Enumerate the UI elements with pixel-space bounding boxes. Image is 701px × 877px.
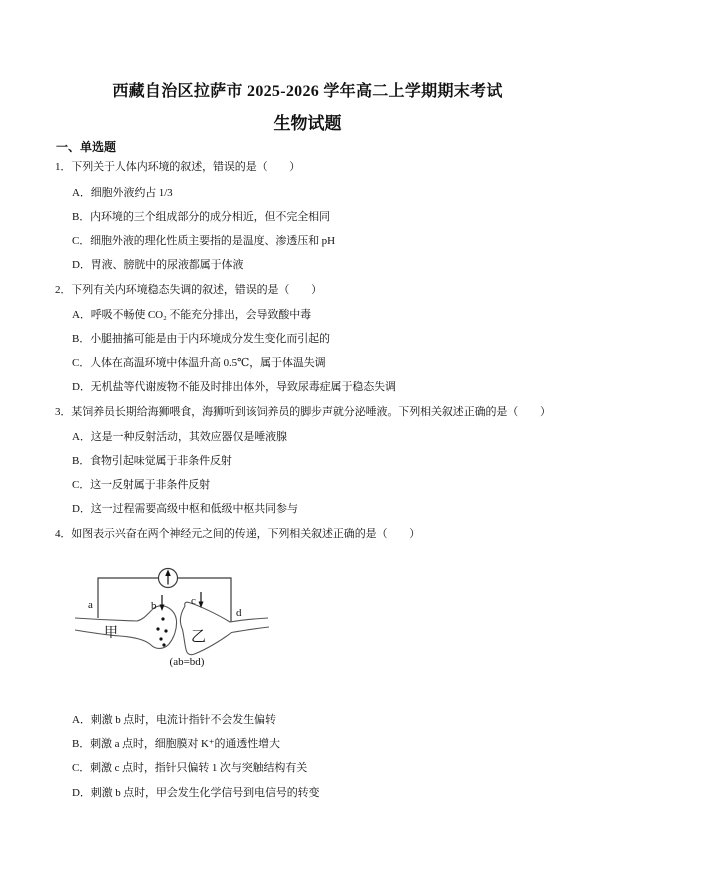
page-title: 西藏自治区拉萨市 2025-2026 学年高二上学期期末考试 [55, 82, 560, 102]
question-3-option-b: B．食物引起味觉属于非条件反射 [72, 454, 232, 468]
section-heading: 一、单选题 [56, 140, 116, 155]
question-1-option-a: A．细胞外液约占 1/3 [72, 186, 173, 200]
question-1-option-d: D．胃液、膀胱中的尿液都属于体液 [72, 258, 243, 272]
synapse-diagram: a b c d 甲 乙 (ab=bd) [75, 557, 315, 672]
question-2-text: 2．下列有关内环境稳态失调的叙述，错误的是（ ） [55, 283, 322, 297]
question-1-option-b: B．内环境的三个组成部分的成分相近，但不完全相同 [72, 210, 330, 224]
question-1-text: 1．下列关于人体内环境的叙述，错误的是（ ） [55, 160, 300, 174]
question-4-option-d: D．刺激 b 点时，甲会发生化学信号到电信号的转变 [72, 786, 319, 800]
question-2-option-a: A．呼吸不畅使 CO₂ 不能充分排出，会导致酸中毒 [72, 308, 311, 322]
point-b-label: b [151, 600, 157, 612]
point-b-arrowhead [160, 605, 165, 612]
question-4-option-a: A．刺激 b 点时，电流计指针不会发生偏转 [72, 713, 276, 727]
question-3-text: 3．某饲养员长期给海狮喂食，海狮听到该饲养员的脚步声就分泌唾液。下列相关叙述正确… [55, 405, 551, 419]
point-d-label: d [236, 607, 242, 619]
question-1-option-c: C．细胞外液的理化性质主要指的是温度、渗透压和 pH [72, 234, 335, 248]
figure-caption: (ab=bd) [170, 656, 205, 668]
exam-content: 西藏自治区拉萨市 2025-2026 学年高二上学期期末考试 生物试题 一、单选… [55, 0, 560, 877]
question-3-option-c: C．这一反射属于非条件反射 [72, 478, 210, 492]
point-c-label: c [191, 595, 196, 607]
question-3-option-d: D．这一过程需要高级中枢和低级中枢共同参与 [72, 502, 298, 516]
question-2-option-c: C．人体在高温环境中体温升高 0.5℃，属于体温失调 [72, 356, 326, 370]
question-2-option-d: D．无机盐等代谢废物不能及时排出体外，导致尿毒症属于稳态失调 [72, 380, 396, 394]
point-a-label: a [88, 599, 93, 611]
exam-paper-page: 西藏自治区拉萨市 2025-2026 学年高二上学期期末考试 生物试题 一、单选… [0, 0, 701, 877]
question-2-option-b: B．小腿抽搐可能是由于内环境成分发生变化而引起的 [72, 332, 330, 346]
synaptic-vesicles [156, 617, 167, 646]
question-4-text: 4．如图表示兴奋在两个神经元之间的传递，下列相关叙述正确的是（ ） [55, 527, 420, 541]
left-neuron-label: 甲 [104, 625, 118, 641]
synapse-figure: a b c d 甲 乙 (ab=bd) [75, 557, 315, 672]
question-4-option-b: B．刺激 a 点时，细胞膜对 K⁺的通透性增大 [72, 737, 280, 751]
question-3-option-a: A．这是一种反射活动，其效应器仅是唾液腺 [72, 430, 287, 444]
point-c-arrowhead [199, 602, 204, 609]
question-4-option-c: C．刺激 c 点时，指针只偏转 1 次与突触结构有关 [72, 761, 307, 775]
presynaptic-neuron-outline [75, 606, 177, 649]
page-subtitle: 生物试题 [55, 113, 560, 135]
right-neuron-label: 乙 [191, 629, 206, 645]
